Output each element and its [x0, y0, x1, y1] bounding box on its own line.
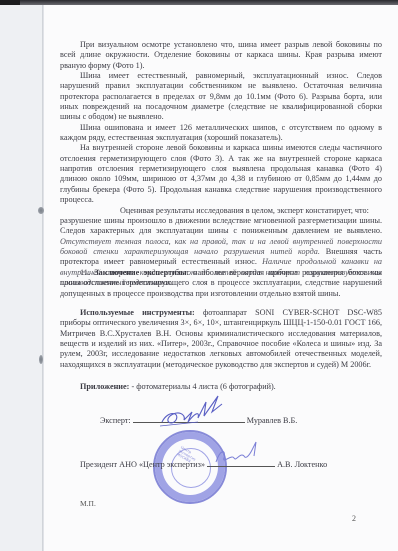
paragraph-studs: Шина ошипована и имеет 126 металлических… [60, 123, 382, 144]
president-signature-icon [214, 440, 262, 466]
appendix-label: Приложение: [80, 382, 129, 391]
paragraph-wear: Шина имеет естественный, равномерный, эк… [60, 71, 382, 123]
left-margin [0, 5, 42, 551]
paragraph-visual-inspection: При визуальном осмотре установлено что, … [60, 40, 382, 71]
staple-hole-icon [39, 355, 43, 364]
document-body: При визуальном осмотре установлено что, … [60, 40, 382, 288]
conclusion-section: 11. Заключение экспертизы: наиболее веро… [60, 268, 382, 299]
assessment-intro: Оценивая результаты исследования в целом… [60, 206, 382, 216]
appendix-section: Приложение: - фотоматериалы 4 листа (6 ф… [60, 382, 382, 392]
instruments-paragraph: Используемые инструменты: фотоаппарат SO… [60, 308, 382, 370]
paragraph-inner-side: На внутренней стороне левой боковины и к… [60, 143, 382, 205]
expert-label: Эксперт: [100, 416, 131, 425]
conclusion-label: Заключение экспертизы [94, 268, 186, 277]
conclusion-paragraph: 11. Заключение экспертизы: наиболее веро… [60, 268, 382, 299]
expert-name: Муравлев В.Б. [247, 416, 298, 425]
page-number: 2 [352, 514, 356, 523]
assessment-text: разрушение шины произошло в движении всл… [60, 216, 382, 235]
appendix-text: - фотоматериалы 4 листа (6 фотографий). [129, 382, 275, 391]
expert-signature-icon [158, 392, 228, 430]
president-label: Президент АНО «Центр экспертиз» [80, 460, 205, 469]
instruments-section: Используемые инструменты: фотоаппарат SO… [60, 308, 382, 370]
appendix-paragraph: Приложение: - фотоматериалы 4 листа (6 ф… [60, 382, 382, 392]
president-name: А.В. Локтенко [277, 460, 327, 469]
president-signature-line [207, 466, 275, 467]
instruments-label: Используемые инструменты: [80, 308, 195, 317]
conclusion-number: 11. [80, 268, 90, 277]
seal-placeholder-mp: М.П. [80, 499, 96, 508]
instruments-text: фотоаппарат SONI CYBER-SCHOT DSC-W85 при… [60, 308, 382, 369]
president-signature-row: Президент АНО «Центр экспертиз» А.В. Лок… [80, 460, 327, 469]
